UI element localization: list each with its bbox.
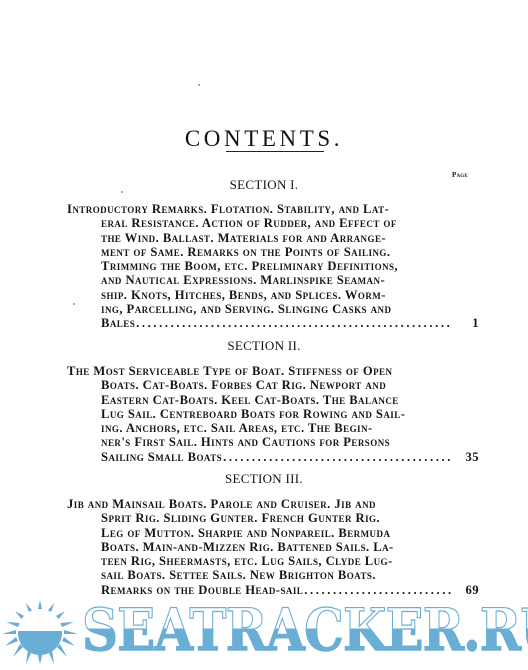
entry-leader-line: Bales ..................................… xyxy=(67,316,479,330)
entry-line: Jib and Mainsail Boats. Parole and Cruis… xyxy=(67,497,479,511)
entry-line: ing. Anchors, etc. Sail Areas, etc. The … xyxy=(67,421,479,435)
entry-line: Sprit Rig. Sliding Gunter. French Gunter… xyxy=(67,511,479,525)
page-title: CONTENTS. xyxy=(0,126,528,152)
entry-line: Introductory Remarks. Flotation. Stabili… xyxy=(67,202,479,216)
entry-line: ment of Same. Remarks on the Points of S… xyxy=(67,245,479,259)
section-2-heading: SECTION II. xyxy=(0,338,528,354)
entry-line: Trimming the Boom, etc. Preliminary Defi… xyxy=(67,259,479,273)
entry-line: sail Boats. Settee Sails. New Brighton B… xyxy=(67,568,479,582)
entry-line: ship. Knots, Hitches, Bends, and Splices… xyxy=(67,288,479,302)
section-1-heading: SECTION I. xyxy=(0,177,528,193)
entry-line: teen Rig, Sheermasts, etc. Lug Sails, Cl… xyxy=(67,554,479,568)
dot-leader: ........................................… xyxy=(223,450,451,464)
entry-line: Boats. Cat-Boats. Forbes Cat Rig. Newpor… xyxy=(67,378,479,392)
title-rule-divider xyxy=(226,151,324,152)
sun-over-sea-icon xyxy=(2,600,78,664)
entry-line: Lug Sail. Centreboard Boats for Rowing a… xyxy=(67,407,479,421)
scan-speck xyxy=(198,84,200,86)
watermark: SEATRACKER.RU xyxy=(0,596,528,670)
entry-last-line-text: Bales xyxy=(101,316,135,330)
entry-line: ner's First Sail. Hints and Cautions for… xyxy=(67,435,479,449)
entry-line: Boats. Main-and-Mizzen Rig. Battened Sai… xyxy=(67,540,479,554)
entry-line: the Wind. Ballast. Materials for and Arr… xyxy=(67,231,479,245)
entry-leader-line: Sailing Small Boats ....................… xyxy=(67,450,479,464)
dot-leader: ........................................… xyxy=(136,316,451,330)
entry-line: and Nautical Expressions. Marlinspike Se… xyxy=(67,273,479,287)
entry-last-line-text: Sailing Small Boats xyxy=(101,450,222,464)
section-3-heading: SECTION III. xyxy=(0,471,528,487)
section-2-entry: The Most Serviceable Type of Boat. Stiff… xyxy=(67,364,479,464)
entry-last-line-text: Remarks on the Double Head-sail xyxy=(101,583,303,597)
entry-leader-line: Remarks on the Double Head-sail ........… xyxy=(67,583,479,597)
section-1-entry: Introductory Remarks. Flotation. Stabili… xyxy=(67,202,479,331)
entry-line: Eastern Cat-Boats. Keel Cat-Boats. The B… xyxy=(67,393,479,407)
entry-line: Leg of Mutton. Sharpie and Nonpareil. Be… xyxy=(67,526,479,540)
entry-line: ing, Parcelling, and Serving. Slinging C… xyxy=(67,302,479,316)
page-number: 69 xyxy=(455,583,479,597)
page-number: 35 xyxy=(455,450,479,464)
dot-leader: ........................................… xyxy=(304,583,451,597)
entry-line: eral Resistance. Action of Rudder, and E… xyxy=(67,216,479,230)
page-number: 1 xyxy=(455,316,479,330)
section-3-entry: Jib and Mainsail Boats. Parole and Cruis… xyxy=(67,497,479,597)
entry-line: The Most Serviceable Type of Boat. Stiff… xyxy=(67,364,479,378)
watermark-text: SEATRACKER.RU xyxy=(82,598,528,662)
